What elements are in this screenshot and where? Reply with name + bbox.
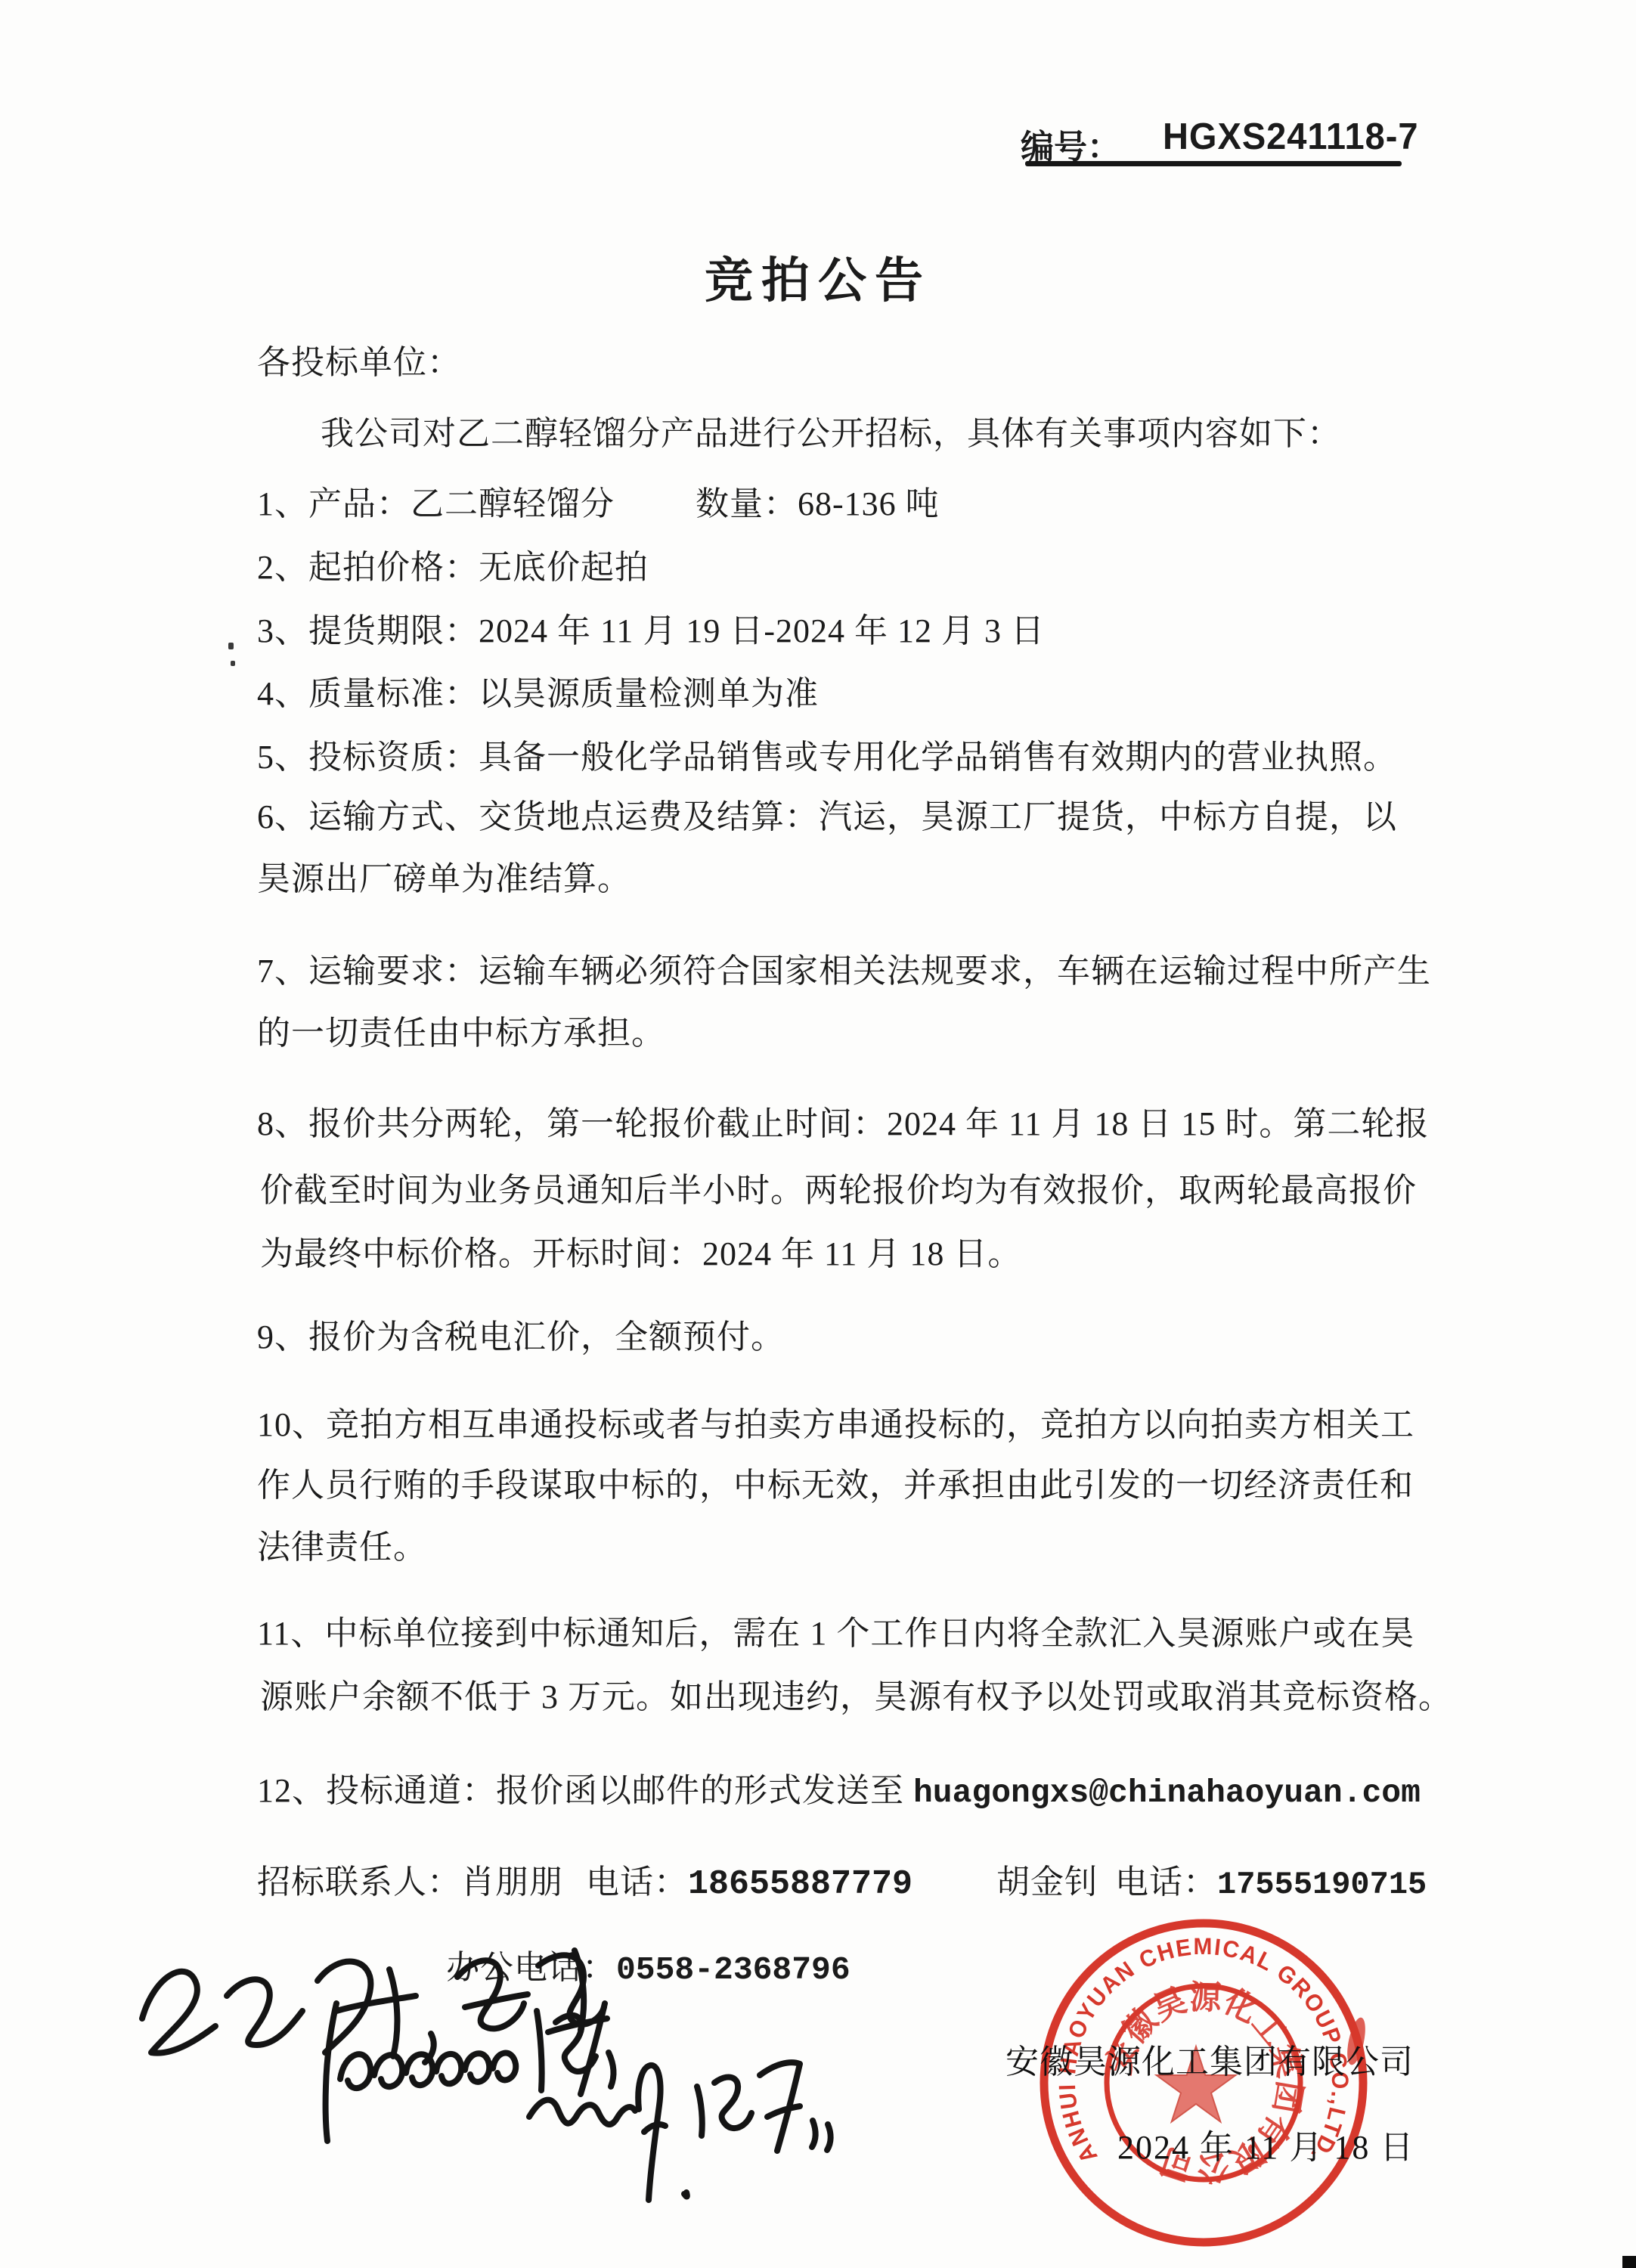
handwritten-note [142,1950,614,2141]
item-9-line: 9、报价为含税电汇价，全额预付。 [257,1318,785,1357]
item-2-line: 2、起拍价格：无底价起拍 [257,549,649,587]
item-8-line-1: 8、报价共分两轮，第一轮报价截止时间：2024 年 11 月 18 日 15 时… [257,1105,1429,1144]
item-6-line-2: 昊源出厂磅单为准结算。 [257,860,631,899]
item-5-line: 5、投标资质：具备一般化学品销售或专用化学品销售有效期内的营业执照。 [257,739,1397,777]
bid-email-address: huagongxs@chinahaoyuan.com [913,1774,1421,1811]
doc-number-underline [1025,161,1402,166]
contact-phone-2: 17555190715 [1217,1867,1427,1903]
item-1-line: 1、产品：乙二醇轻馏分 数量：68-136 吨 [257,485,615,524]
item-4-line: 4、质量标准：以昊源质量检测单为准 [257,675,819,714]
scan-speck [228,643,234,649]
phone-label-1: 电话： [586,1864,688,1901]
item-3-line: 3、提货期限：2024 年 11 月 19 日-2024 年 12 月 3 日 [257,612,1045,651]
salutation: 各投标单位： [257,344,461,383]
contact-name-1: 肖朋朋 [461,1864,563,1901]
item-1-product: 1、产品：乙二醇轻馏分 [257,485,615,522]
item-12-line: 12、投标通道：报价函以邮件的形式发送至 huagongxs@chinahaoy… [257,1772,1421,1811]
intro-paragraph: 我公司对乙二醇轻馏分产品进行公开招标，具体有关事项内容如下： [321,415,1341,454]
handwritten-signature [529,2062,831,2200]
contact-row-right: 胡金钊电话：17555190715 [996,1864,1427,1903]
item-6-line-1: 6、运输方式、交货地点运费及结算：汽运，昊源工厂提货，中标方自提，以 [257,798,1397,837]
contact-phone-1: 18655887779 [688,1865,913,1904]
item-7-line-1: 7、运输要求：运输车辆必须符合国家相关法规要求，车辆在运输过程中所产生 [257,953,1431,991]
item-8-line-2: 价截至时间为业务员通知后半小时。两轮报价均为有效报价，取两轮最高报价 [260,1172,1417,1210]
page-title: 竞拍公告 [0,242,1636,311]
item-8-line-3: 为最终中标价格。开标时间：2024 年 11 月 18 日。 [260,1235,1021,1274]
company-name: 安徽昊源化工集团有限公司 [1005,2034,1414,2083]
scanned-auction-notice-document: 编号： HGXS241118-7 竞拍公告 各投标单位： 我公司对乙二醇轻馏分产… [0,0,1636,2268]
contact-name-2: 胡金钊 [996,1864,1098,1901]
phone-label-2: 电话： [1115,1864,1217,1901]
handwritten-annotations [76,1905,1074,2253]
item-7-line-2: 的一切责任由中标方承担。 [257,1015,665,1053]
item-10-line-1: 10、竞拍方相互串通投标或者与拍卖方串通投标的，竞拍方以向拍卖方相关工 [257,1406,1414,1445]
scan-speck [231,661,235,666]
item-12-label: 12、投标通道：报价函以邮件的形式发送至 [257,1772,913,1809]
contact-row-left: 招标联系人：肖朋朋电话：18655887779 [257,1864,913,1904]
scan-corner-mark [1622,2256,1636,2268]
company-seal-stamp: ANHUI HAOYUAN CHEMICAL GROUP CO.,LTD. 安徽… [1037,1916,1374,2253]
item-11-line-1: 11、中标单位接到中标通知后，需在 1 个工作日内将全款汇入昊源账户或在昊 [257,1615,1414,1653]
item-10-line-2: 作人员行贿的手段谋取中标的，中标无效，并承担由此引发的一切经济责任和 [257,1467,1414,1505]
doc-number-value: HGXS241118-7 [1163,116,1418,158]
item-10-line-3: 法律责任。 [257,1529,427,1567]
contact-label: 招标联系人： [257,1864,461,1901]
issue-date: 2024 年 11 月 18 日 [1117,2120,1414,2168]
item-1-quantity: 数量：68-136 吨 [696,485,940,524]
item-11-line-2: 源账户余额不低于 3 万元。如出现违约，昊源有权予以处罚或取消其竞标资格。 [260,1678,1452,1717]
